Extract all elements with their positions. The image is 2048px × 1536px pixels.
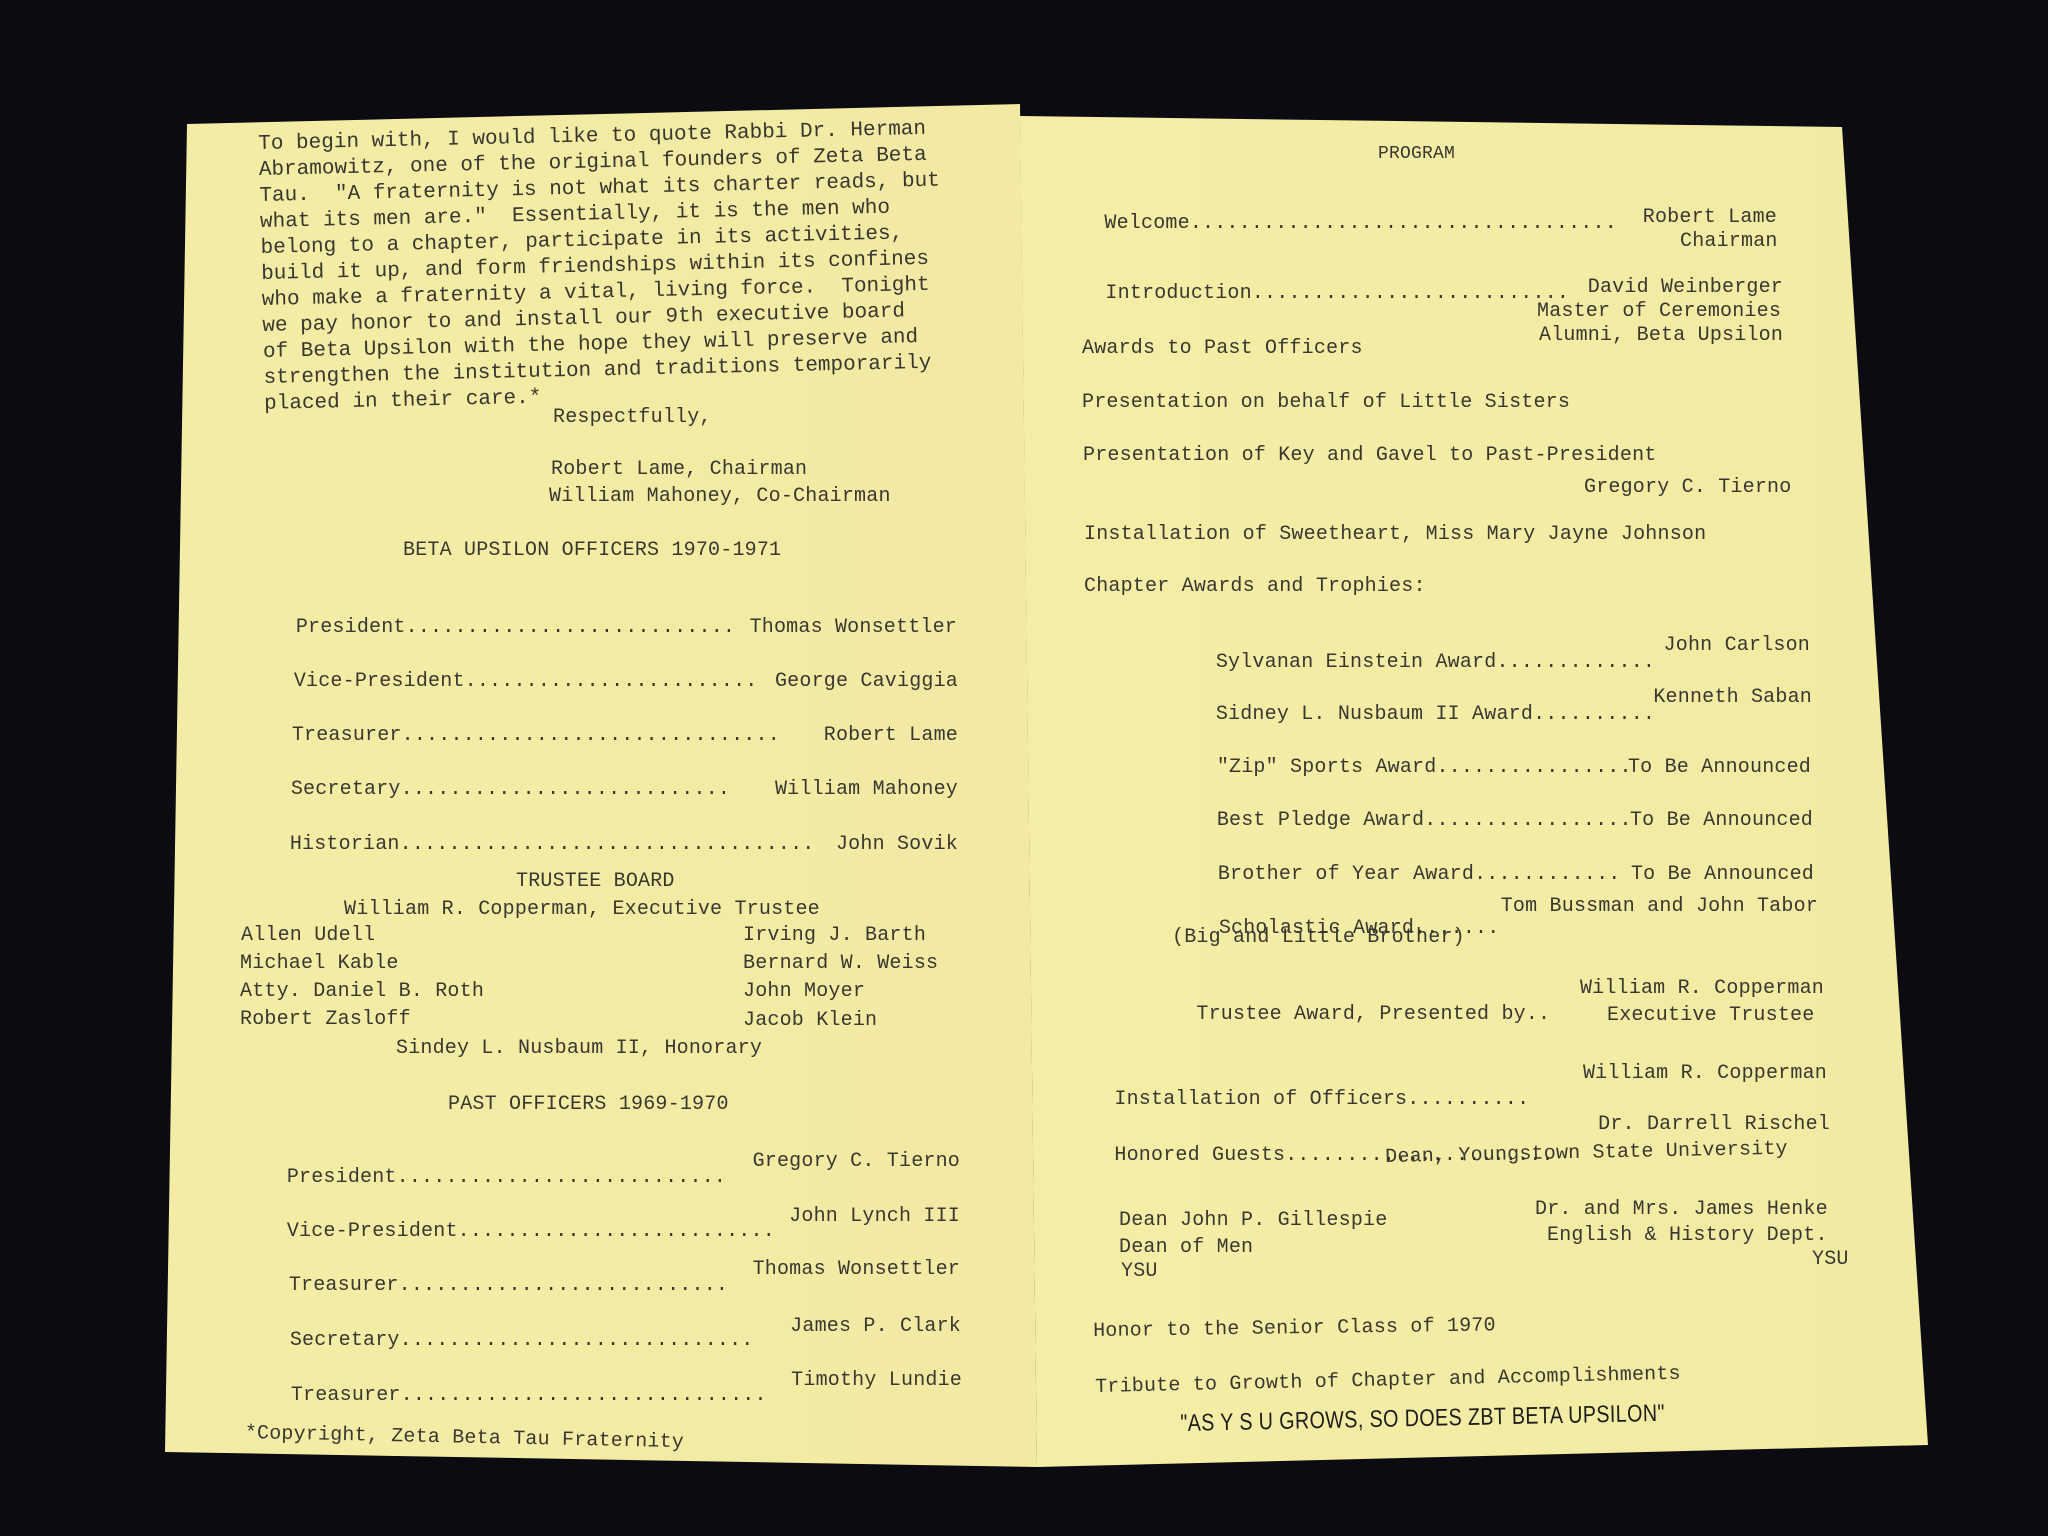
chapter-awards-heading: Chapter Awards and Trophies: — [1084, 577, 1426, 597]
award-name: "Zip" Sports Award — [1217, 756, 1437, 779]
dot-leader: .................................. — [400, 833, 815, 856]
program-person: Robert Lame — [1643, 208, 1777, 228]
trustee-award-title: Executive Trustee — [1607, 1006, 1814, 1026]
officer-name: John Sovik — [836, 835, 958, 855]
officer-name: John Lynch III — [789, 1207, 960, 1227]
program-item: Honored Guests — [1114, 1144, 1285, 1167]
trustee-name: Bernard W. Weiss — [743, 954, 938, 974]
guest-line: Dr. and Mrs. James Henke — [1535, 1200, 1828, 1220]
award-name: Best Pledge Award — [1217, 809, 1424, 832]
program-item: Trustee Award, Presented by — [1196, 1003, 1525, 1026]
welcome-title: Chairman — [1680, 232, 1778, 252]
guest-line: YSU — [1812, 1250, 1849, 1270]
officer-name: James P. Clark — [790, 1317, 961, 1337]
introduction-title-1: Master of Ceremonies — [1537, 302, 1781, 322]
officer-role: Vice-President — [294, 670, 465, 693]
officer-row: Treasurer...............................… — [243, 706, 958, 766]
officer-name: Gregory C. Tierno — [753, 1152, 960, 1172]
officer-role: Secretary — [290, 1329, 400, 1352]
officer-name: Thomas Wonsettler — [753, 1260, 960, 1280]
signature-cochairman: William Mahoney, Co-Chairman — [549, 487, 891, 507]
dot-leader: .. — [1526, 1003, 1550, 1026]
program-little-sisters: Presentation on behalf of Little Sisters — [1082, 393, 1570, 413]
officer-role: Vice-President — [287, 1220, 458, 1243]
award-name: Brother of Year Award — [1218, 863, 1474, 886]
award-recipient: Kenneth Saban — [1653, 688, 1812, 708]
officer-role: President — [287, 1166, 397, 1189]
officer-role: Treasurer — [291, 1384, 401, 1407]
program-awards-past-officers: Awards to Past Officers — [1082, 339, 1363, 359]
dot-leader: ................. — [1424, 809, 1631, 832]
dot-leader: ................................... — [1190, 212, 1617, 235]
program-senior-class: Honor to the Senior Class of 1970 — [1093, 1316, 1496, 1342]
dot-leader: .......................... — [458, 1220, 775, 1243]
guest-line: Dean John P. Gillespie — [1119, 1211, 1387, 1231]
officer-name: Thomas Wonsettler — [750, 618, 957, 638]
key-gavel-recipient: Gregory C. Tierno — [1584, 478, 1791, 498]
past-officer-row: Secretary.............................Ja… — [241, 1311, 961, 1371]
dot-leader: ........................... — [401, 778, 730, 801]
officer-row: President...........................Thom… — [247, 598, 957, 658]
dot-leader: ............................. — [400, 1329, 754, 1352]
program-row-welcome: Welcome.................................… — [1080, 194, 1777, 234]
dot-leader: .......... — [1533, 703, 1655, 726]
dot-leader: .......................... — [1252, 282, 1569, 305]
past-officers-heading: PAST OFFICERS 1969-1970 — [448, 1095, 729, 1115]
program-item: Introduction — [1105, 282, 1251, 305]
award-row: Best Pledge Award.................To Be … — [1168, 791, 1813, 851]
award-row: Sylvanan Einstein Award.............John… — [1167, 633, 1810, 693]
guest-line: YSU — [1121, 1262, 1158, 1282]
award-recipient: John Carlson — [1664, 636, 1810, 656]
program-item: Installation of Officers — [1114, 1088, 1407, 1111]
dot-leader: .......... — [1407, 1088, 1529, 1111]
dot-leader: ........................... — [406, 616, 735, 639]
award-name: Sidney L. Nusbaum II Award — [1216, 703, 1533, 726]
trustee-name: Michael Kable — [240, 954, 399, 974]
award-recipient: To Be Announced — [1628, 758, 1811, 778]
officer-name: William Mahoney — [775, 780, 958, 800]
program-row-introduction: Introduction..........................Da… — [1081, 264, 1783, 304]
officer-role: Treasurer — [292, 724, 402, 747]
officer-name: Timothy Lundie — [791, 1371, 962, 1391]
trustee-name: Atty. Daniel B. Roth — [240, 982, 484, 1002]
officers-heading: BETA UPSILON OFFICERS 1970-1971 — [403, 541, 781, 561]
dot-leader: ............ — [1474, 863, 1620, 886]
officer-row: Historian...............................… — [241, 815, 958, 875]
dot-leader: .............................. — [401, 1384, 767, 1407]
past-officer-row: Treasurer..............................T… — [242, 1366, 962, 1426]
signature-chairman: Robert Lame, Chairman — [551, 460, 807, 480]
past-officer-row: Treasurer...........................Thom… — [240, 1256, 960, 1316]
intro-paragraph: To begin with, I would like to quote Rab… — [258, 116, 984, 418]
dot-leader: ........................... — [399, 1274, 728, 1297]
past-officer-row: President...........................Greg… — [238, 1148, 960, 1208]
program-key-gavel: Presentation of Key and Gavel to Past-Pr… — [1083, 446, 1657, 466]
officer-role: Historian — [290, 833, 400, 856]
program-person: Dr. Darrell Rischel — [1598, 1115, 1830, 1135]
trustee-name: John Moyer — [743, 982, 865, 1002]
dot-leader: ................ — [1436, 756, 1631, 779]
trustee-heading: TRUSTEE BOARD — [516, 872, 675, 892]
trustee-name: Jacob Klein — [743, 1011, 877, 1031]
officer-name: George Caviggia — [775, 672, 958, 692]
closing-text: Respectfully, — [553, 408, 712, 428]
past-officer-row: Vice-President..........................… — [238, 1202, 960, 1262]
officer-name: Robert Lame — [824, 726, 958, 746]
officer-role: Secretary — [291, 778, 401, 801]
award-recipient: Tom Bussman and John Tabor — [1501, 897, 1818, 917]
program-item: Welcome — [1104, 212, 1189, 235]
officer-row: Secretary...........................Will… — [242, 760, 958, 820]
program-person: William R. Copperman — [1583, 1064, 1827, 1084]
honorary-trustee: Sindey L. Nusbaum II, Honorary — [396, 1039, 762, 1059]
trustee-name: Irving J. Barth — [743, 926, 926, 946]
program-sweetheart: Installation of Sweetheart, Miss Mary Ja… — [1084, 525, 1706, 545]
trustee-name: Robert Zasloff — [240, 1010, 411, 1030]
program-heading: PROGRAM — [1378, 144, 1455, 164]
award-row: "Zip" Sports Award................To Be … — [1168, 738, 1811, 798]
trustee-name: Allen Udell — [241, 926, 375, 946]
award-row: Sidney L. Nusbaum II Award..........Kenn… — [1167, 685, 1812, 745]
officer-role: President — [296, 616, 406, 639]
executive-trustee: William R. Copperman, Executive Trustee — [344, 900, 820, 920]
scholastic-note: (Big and Little Brother) — [1172, 928, 1465, 948]
introduction-title-2: Alumni, Beta Upsilon — [1539, 326, 1783, 346]
officer-role: Treasurer — [289, 1274, 399, 1297]
award-recipient: To Be Announced — [1631, 865, 1814, 885]
guest-line: English & History Dept. — [1547, 1226, 1828, 1246]
award-recipient: To Be Announced — [1630, 811, 1813, 831]
dot-leader: ........................ — [465, 670, 758, 693]
program-person: David Weinberger — [1588, 278, 1783, 298]
program-row-installation: Installation of Officers..........Willia… — [1090, 1070, 1827, 1110]
dot-leader: ............. — [1496, 651, 1655, 674]
program-person: William R. Copperman — [1580, 979, 1824, 999]
dot-leader: ........................... — [397, 1166, 726, 1189]
award-name: Sylvanan Einstein Award — [1216, 651, 1497, 674]
officer-row: Vice-President........................Ge… — [245, 652, 958, 712]
dot-leader: ............................... — [402, 724, 780, 747]
guest-line: Dean of Men — [1119, 1238, 1253, 1258]
